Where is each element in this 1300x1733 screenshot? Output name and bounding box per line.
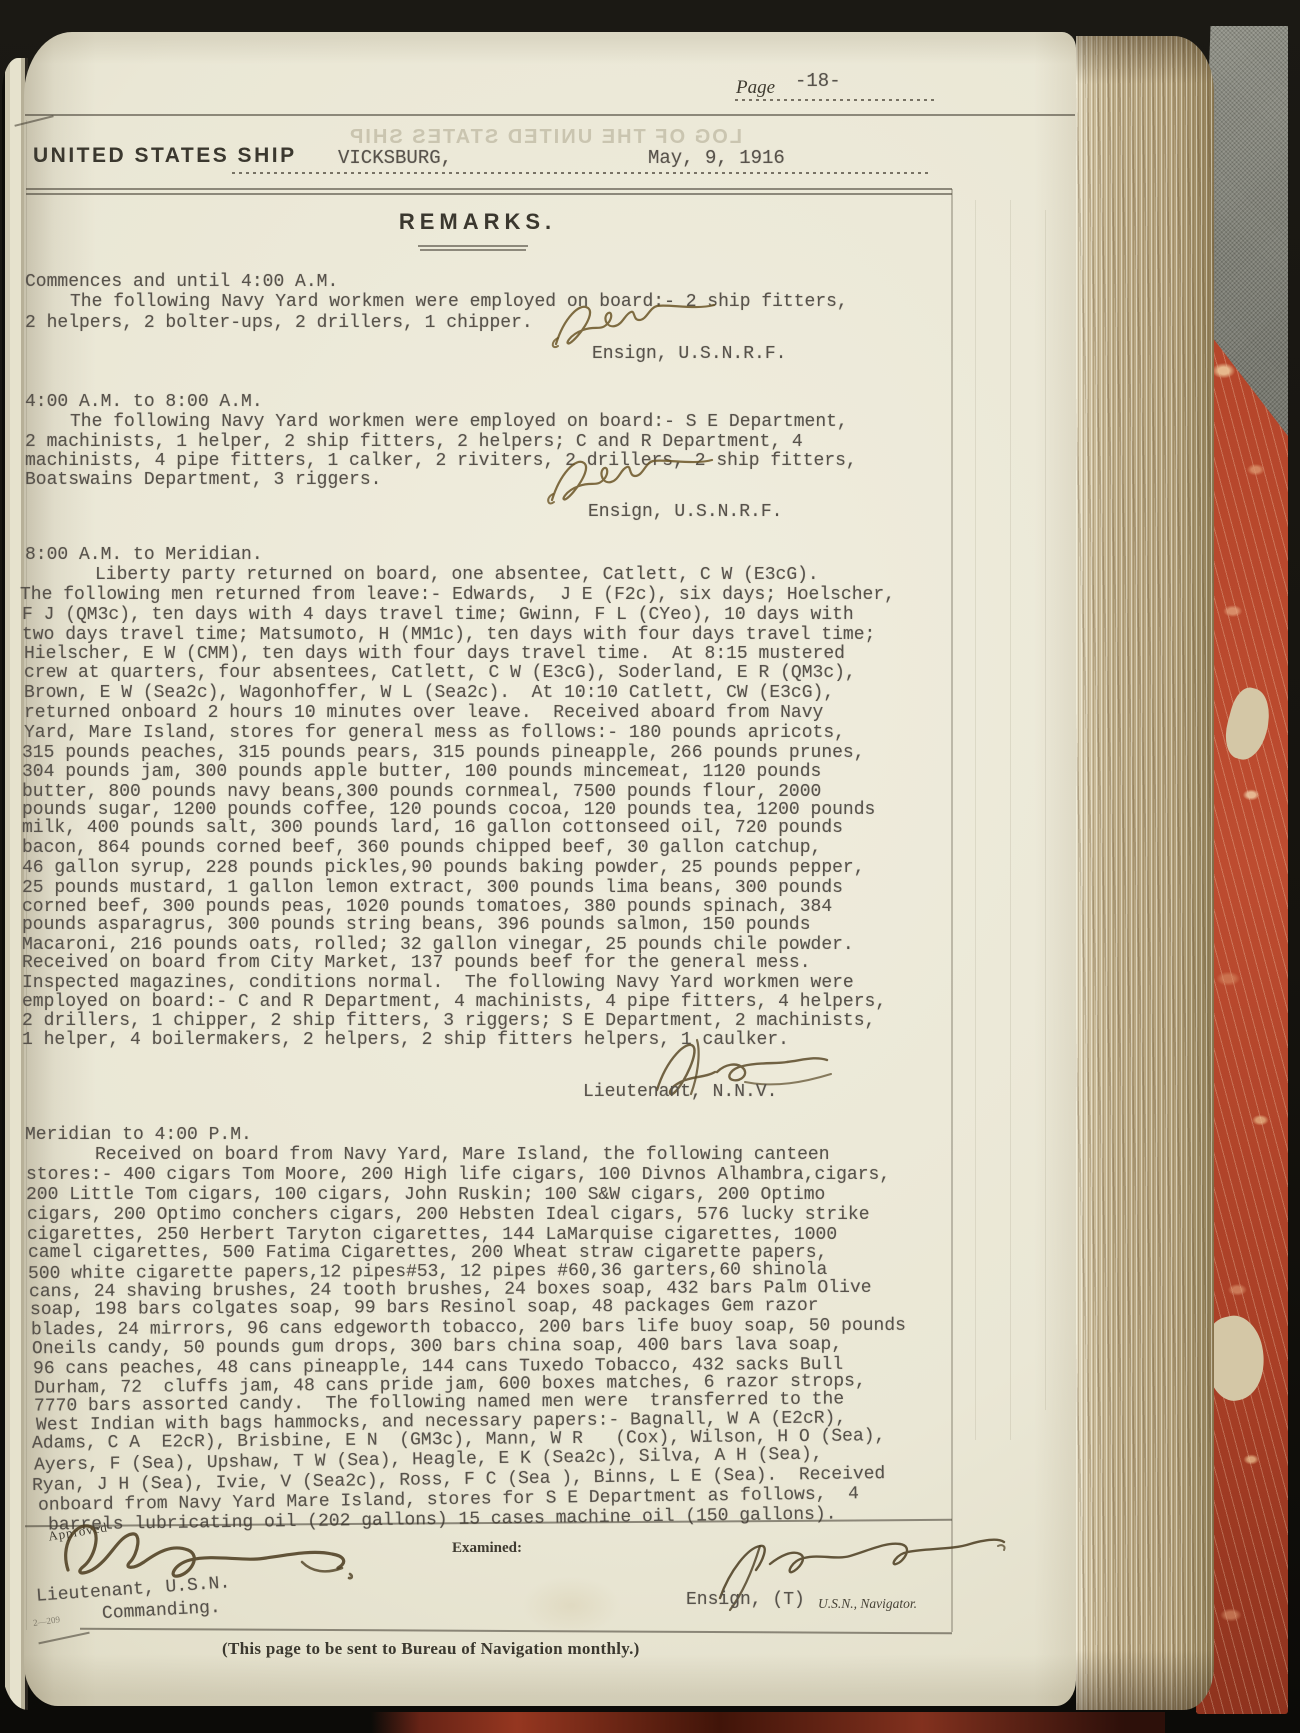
- section-heading: Commences and until 4:00 A.M.: [25, 272, 338, 292]
- log-line: butter, 800 pounds navy beans,300 pounds…: [22, 782, 821, 802]
- log-book-photo: LOG OF THE UNITED STATES SHIP Page -18- …: [0, 0, 1300, 1733]
- log-line: bacon, 864 pounds corned beef, 360 pound…: [22, 838, 821, 858]
- page-number-dotted-line: [735, 99, 935, 101]
- section-heading: 8:00 A.M. to Meridian.: [25, 545, 263, 565]
- frame-top-rule: [25, 114, 1075, 116]
- navigator-rank: Ensign, (T): [686, 1590, 805, 1610]
- log-line: two days travel time; Matsumoto, H (MM1c…: [22, 625, 875, 645]
- header-double-rule-2: [26, 193, 952, 195]
- section-heading: 4:00 A.M. to 8:00 A.M.: [25, 392, 263, 412]
- log-line: 315 pounds peaches, 315 pounds pears, 31…: [22, 743, 865, 763]
- log-line: 46 gallon syrup, 228 pounds pickles,90 p…: [22, 858, 865, 878]
- log-line: Inspected magazines, conditions normal. …: [22, 973, 854, 993]
- remarks-underline-2: [420, 249, 526, 251]
- log-line: Received on board from City Market, 137 …: [22, 953, 811, 973]
- log-line: The following Navy Yard workmen were emp…: [70, 412, 848, 432]
- section-heading: Meridian to 4:00 P.M.: [25, 1125, 252, 1145]
- signature-rank: Lieutenant, N.N.V.: [583, 1082, 777, 1102]
- page-stack-fore-edge: [1076, 36, 1214, 1710]
- bleedthrough-column-line: [1010, 200, 1011, 1440]
- log-line: The following Navy Yard workmen were emp…: [70, 292, 848, 312]
- log-line: 25 pounds mustard, 1 gallon lemon extrac…: [22, 878, 843, 898]
- examined-label: Examined:: [452, 1540, 522, 1557]
- bleedthrough-text: LOG OF THE UNITED STATES SHIP: [330, 126, 760, 149]
- frame-right-rule: [951, 189, 953, 1632]
- log-line: machinists, 4 pipe fitters, 1 calker, 2 …: [25, 451, 857, 471]
- log-line: employed on board:- C and R Department, …: [22, 992, 886, 1012]
- log-line: 2 helpers, 2 bolter-ups, 2 drillers, 1 c…: [25, 313, 533, 333]
- log-line: pounds asparagrus, 300 pounds string bea…: [22, 915, 811, 935]
- log-date: May, 9, 1916: [648, 148, 785, 168]
- signature-rank: Ensign, U.S.N.R.F.: [592, 344, 786, 364]
- navigator-title: U.S.N., Navigator.: [818, 1596, 917, 1612]
- log-line: milk, 400 pounds salt, 300 pounds lard, …: [22, 818, 843, 838]
- remarks-title: REMARKS.: [385, 209, 570, 235]
- signature-rank: Ensign, U.S.N.R.F.: [588, 502, 782, 522]
- log-line: 2 machinists, 1 helper, 2 ship fitters, …: [25, 432, 803, 452]
- log-line: cigars, 200 Optimo conchers cigars, 200 …: [27, 1205, 870, 1225]
- log-line: corned beef, 300 pounds peas, 1020 pound…: [22, 897, 832, 917]
- ensign-signature: [542, 452, 722, 508]
- log-line: Hielscher, E W (CMM), ten days with four…: [24, 644, 845, 664]
- ship-label: UNITED STATES SHIP: [33, 144, 297, 168]
- bureau-note: (This page to be sent to Bureau of Navig…: [222, 1639, 640, 1659]
- log-line: Yard, Mare Island, stores for general me…: [24, 723, 845, 743]
- log-line: Macaroni, 216 pounds oats, rolled; 32 ga…: [22, 935, 854, 955]
- log-line: 304 pounds jam, 300 pounds apple butter,…: [22, 762, 821, 782]
- log-line: Brown, E W (Sea2c), Wagonhoffer, W L (Se…: [24, 683, 834, 703]
- log-line: cigarettes, 250 Herbert Taryton cigarett…: [27, 1225, 837, 1245]
- log-line: 2 drillers, 1 chipper, 2 ship fitters, 3…: [22, 1011, 875, 1031]
- log-line: The following men returned from leave:- …: [20, 585, 895, 605]
- page-number: -18-: [795, 71, 841, 91]
- log-line: pounds sugar, 1200 pounds coffee, 120 po…: [22, 800, 875, 820]
- log-line: stores:- 400 cigars Tom Moore, 200 High …: [26, 1165, 890, 1185]
- log-line: Received on board from Navy Yard, Mare I…: [95, 1145, 830, 1165]
- log-line: F J (QM3c), ten days with 4 days travel …: [22, 605, 854, 625]
- log-line: 200 Little Tom cigars, 100 cigars, John …: [26, 1185, 825, 1205]
- log-line: crew at quarters, four absentees, Catlet…: [24, 663, 856, 683]
- log-line: returned onboard 2 hours 10 minutes over…: [24, 703, 823, 723]
- log-line: Liberty party returned on board, one abs…: [95, 565, 819, 585]
- header-dotted-line: [232, 172, 932, 174]
- header-double-rule-1: [26, 188, 952, 190]
- bleedthrough-column-line: [975, 200, 976, 1440]
- ship-name: VICKSBURG,: [338, 148, 452, 168]
- page-label: Page: [736, 77, 775, 99]
- bleedthrough-column-line: [1045, 210, 1046, 1410]
- cover-bottom-edge: [355, 1712, 1165, 1733]
- log-line: Boatswains Department, 3 riggers.: [25, 470, 381, 490]
- remarks-underline-1: [418, 245, 528, 247]
